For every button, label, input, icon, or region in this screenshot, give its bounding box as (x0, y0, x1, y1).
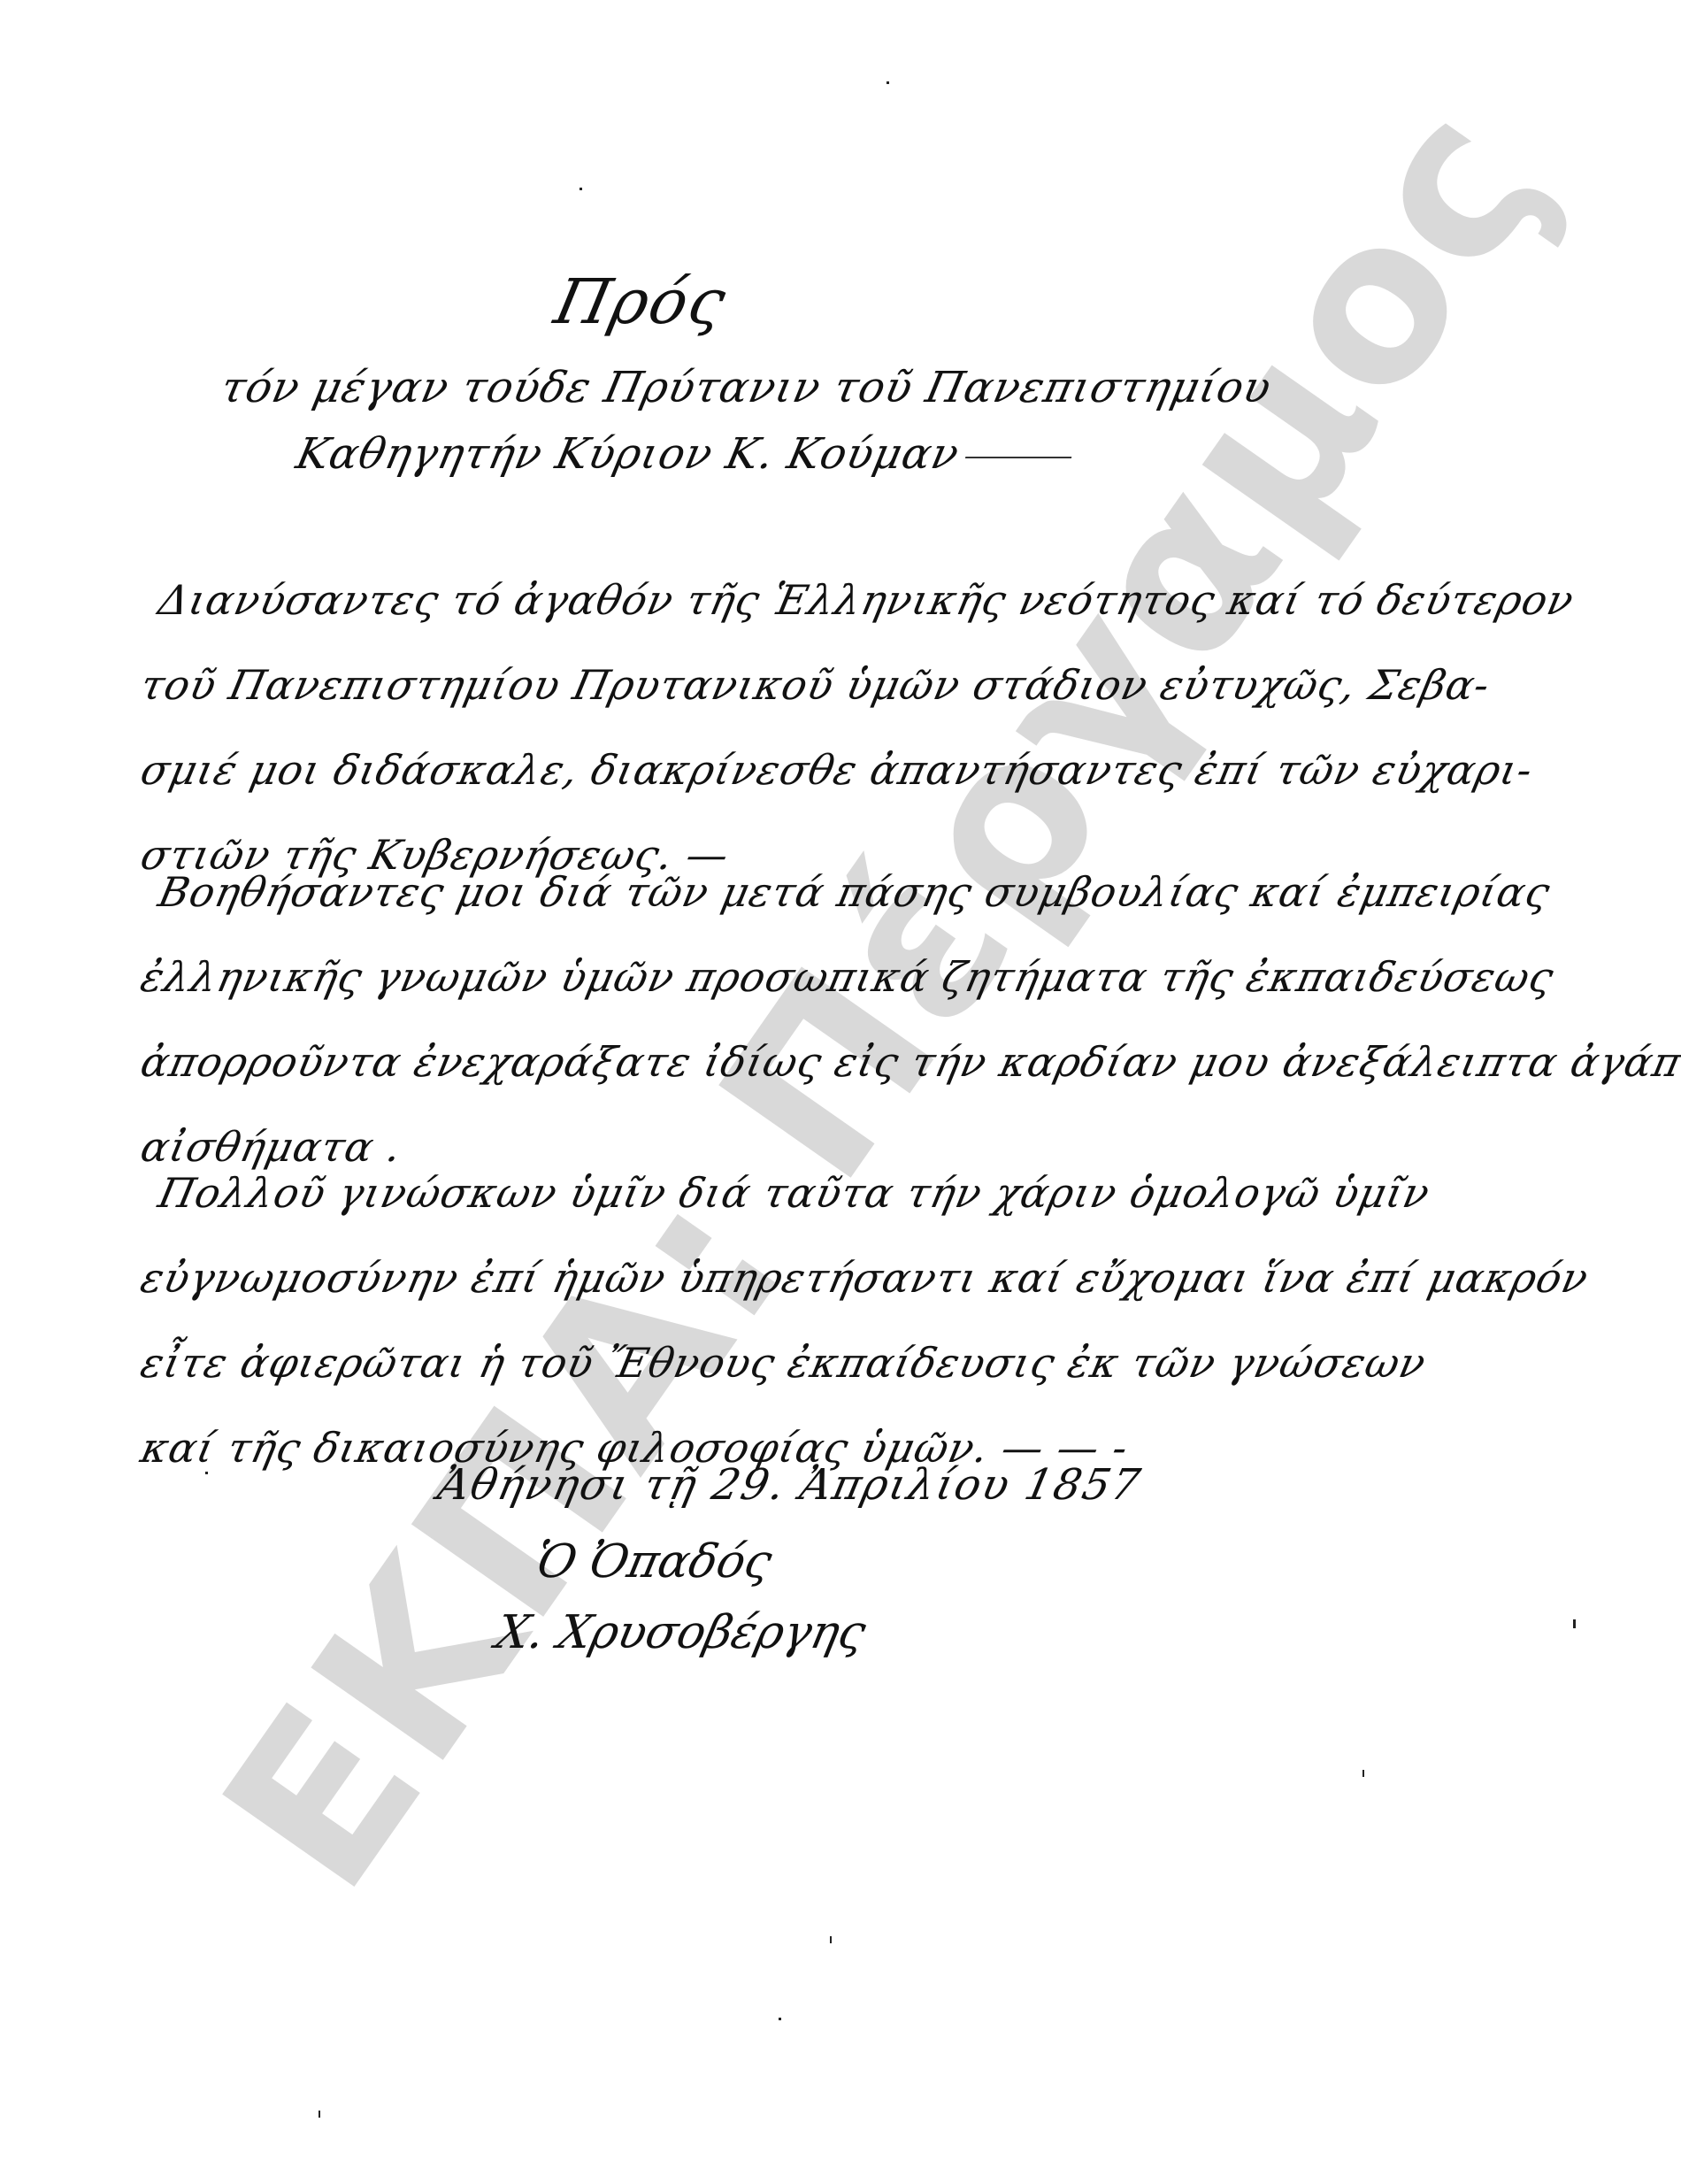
manuscript-page: ΕΚΠΑ: Πέργαμος Πρός τόν μέγαν τούδε Πρύτ… (0, 0, 1681, 2184)
paragraph-line: Διανύσαντες τό ἀγαθόν τῆς Ἑλληνικῆς νεότ… (133, 558, 1566, 642)
signature: Χ. Χρυσοβέργης (491, 1606, 871, 1659)
scan-speck (887, 81, 889, 84)
scan-speck (205, 1472, 208, 1474)
addressee-line-2: Καθηγητήν Κύριον Κ. Κούμαν (292, 429, 1078, 479)
paragraph-3: Πολλοῦ γινώσκων ὑμῖν διά ταῦτα τήν χάριν… (133, 1150, 1548, 1490)
paragraph-2: Βοηθήσαντες μοι διά τῶν μετά πάσης συμβο… (133, 850, 1548, 1189)
paragraph-line: τοῦ Πανεπιστημίου Πρυτανικοῦ ὑμῶν στάδιο… (133, 642, 1566, 727)
closing-line: Ὁ Ὀπαδός (531, 1535, 777, 1588)
paragraph-line: εὐγνωμοσύνην ἐπί ἡμῶν ὑπηρετήσαντι καί ε… (133, 1235, 1566, 1320)
paragraph-line: σμιέ μοι διδάσκαλε, διακρίνεσθε ἀπαντήσα… (133, 727, 1566, 812)
paragraph-line: ἐλληνικῆς γνωμῶν ὑμῶν προσωπικά ζητήματα… (133, 934, 1566, 1019)
scan-speck (830, 1936, 832, 1943)
scan-speck (319, 2111, 320, 2118)
paragraph-line: Βοηθήσαντες μοι διά τῶν μετά πάσης συμβο… (133, 850, 1566, 934)
paragraph-line: Πολλοῦ γινώσκων ὑμῖν διά ταῦτα τήν χάριν… (133, 1150, 1566, 1235)
letter-heading: Πρός (549, 265, 733, 338)
scan-speck (580, 188, 582, 190)
scan-speck (779, 2018, 781, 2020)
date-line: Ἀθήνησι τῇ 29. Ἀπριλίου 1857 (434, 1460, 1146, 1510)
paragraph-1: Διανύσαντες τό ἀγαθόν τῆς Ἑλληνικῆς νεότ… (133, 558, 1548, 897)
addressee-line-2-text: Καθηγητήν Κύριον Κ. Κούμαν (292, 429, 964, 479)
addressee-line-1: τόν μέγαν τούδε Πρύτανιν τοῦ Πανεπιστημί… (217, 363, 1276, 412)
paragraph-line: ἀπορροῦντα ἐνεχαράξατε ἰδίως εἰς τήν καρ… (133, 1019, 1566, 1104)
paragraph-line: εἶτε ἀφιερῶται ἡ τοῦ Ἔθνους ἐκπαίδευσις … (133, 1320, 1566, 1405)
scan-speck (1573, 1619, 1576, 1628)
flourish-underline (965, 457, 1071, 458)
scan-speck (1362, 1770, 1364, 1777)
